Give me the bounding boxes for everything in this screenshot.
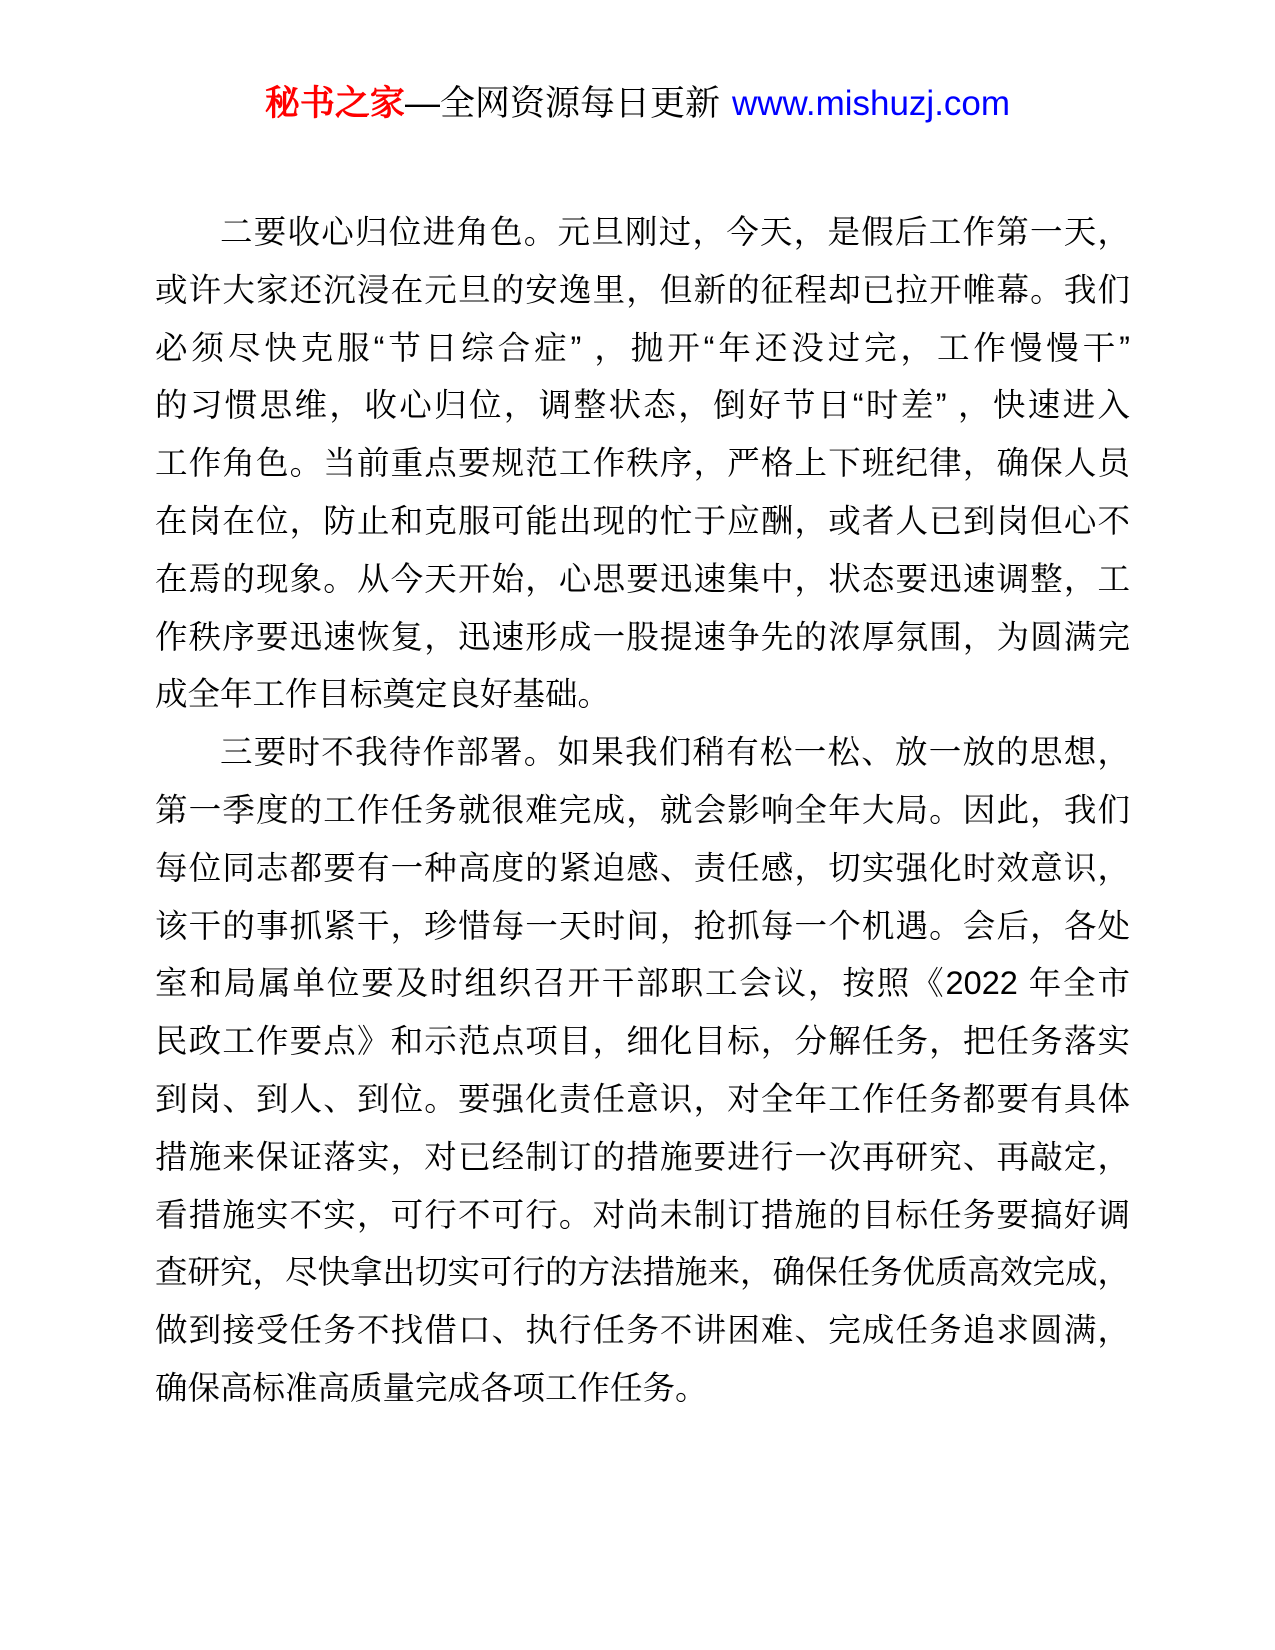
text-line: 必须尽快克服“节日综合症” ，抛开“年还没过完，工作慢慢干” <box>155 320 1130 378</box>
document-body: 二要收心归位进角色。元旦刚过，今天，是假后工作第一天，或许大家还沉浸在元旦的安逸… <box>155 204 1130 1418</box>
text-line: 在岗在位，防止和克服可能出现的忙于应酬，或者人已到岗但心不 <box>155 493 1130 551</box>
text-line: 在焉的现象。从今天开始，心思要迅速集中，状态要迅速调整，工 <box>155 551 1130 609</box>
text-line: 措施来保证落实，对已经制订的措施要进行一次再研究、再敲定， <box>155 1129 1130 1187</box>
document-page: 秘书之家—全网资源每日更新www.mishuzj.com 二要收心归位进角色。元… <box>0 0 1275 1650</box>
text-line: 的习惯思维，收心归位，调整状态，倒好节日“时差” ，快速进入 <box>155 377 1130 435</box>
text-line: 每位同志都要有一种高度的紧迫感、责任感，切实强化时效意识， <box>155 840 1130 898</box>
text-line: 或许大家还沉浸在元旦的安逸里，但新的征程却已拉开帷幕。我们 <box>155 262 1130 320</box>
site-name: 秘书之家 <box>265 84 405 123</box>
text-line: 成全年工作目标奠定良好基础。 <box>155 666 1130 724</box>
text-line: 到岗、到人、到位。要强化责任意识，对全年工作任务都要有具体 <box>155 1071 1130 1129</box>
text-line: 室和局属单位要及时组织召开干部职工会议，按照《2022 年全市 <box>155 955 1130 1013</box>
text-line: 作秩序要迅速恢复，迅速形成一股提速争先的浓厚氛围，为圆满完 <box>155 609 1130 667</box>
text-line: 查研究，尽快拿出切实可行的方法措施来，确保任务优质高效完成， <box>155 1244 1130 1302</box>
text-line: 看措施实不实，可行不可行。对尚未制订措施的目标任务要搞好调 <box>155 1187 1130 1245</box>
text-line: 第一季度的工作任务就很难完成，就会影响全年大局。因此，我们 <box>155 782 1130 840</box>
site-url-link[interactable]: www.mishuzj.com <box>732 84 1010 123</box>
text-line: 确保高标准高质量完成各项工作任务。 <box>155 1360 1130 1418</box>
text-line: 二要收心归位进角色。元旦刚过，今天，是假后工作第一天， <box>155 204 1130 262</box>
text-line: 该干的事抓紧干，珍惜每一天时间，抢抓每一个机遇。会后，各处 <box>155 898 1130 956</box>
text-line: 三要时不我待作部署。如果我们稍有松一松、放一放的思想， <box>155 724 1130 782</box>
text-line: 做到接受任务不找借口、执行任务不讲困难、完成任务追求圆满， <box>155 1302 1130 1360</box>
text-line: 工作角色。当前重点要规范工作秩序，严格上下班纪律，确保人员 <box>155 435 1130 493</box>
text-line: 民政工作要点》和示范点项目，细化目标，分解任务，把任务落实 <box>155 1013 1130 1071</box>
header-tagline: 全网资源每日更新 <box>440 84 720 123</box>
header-dash: — <box>405 84 440 123</box>
page-header: 秘书之家—全网资源每日更新www.mishuzj.com <box>0 80 1275 128</box>
